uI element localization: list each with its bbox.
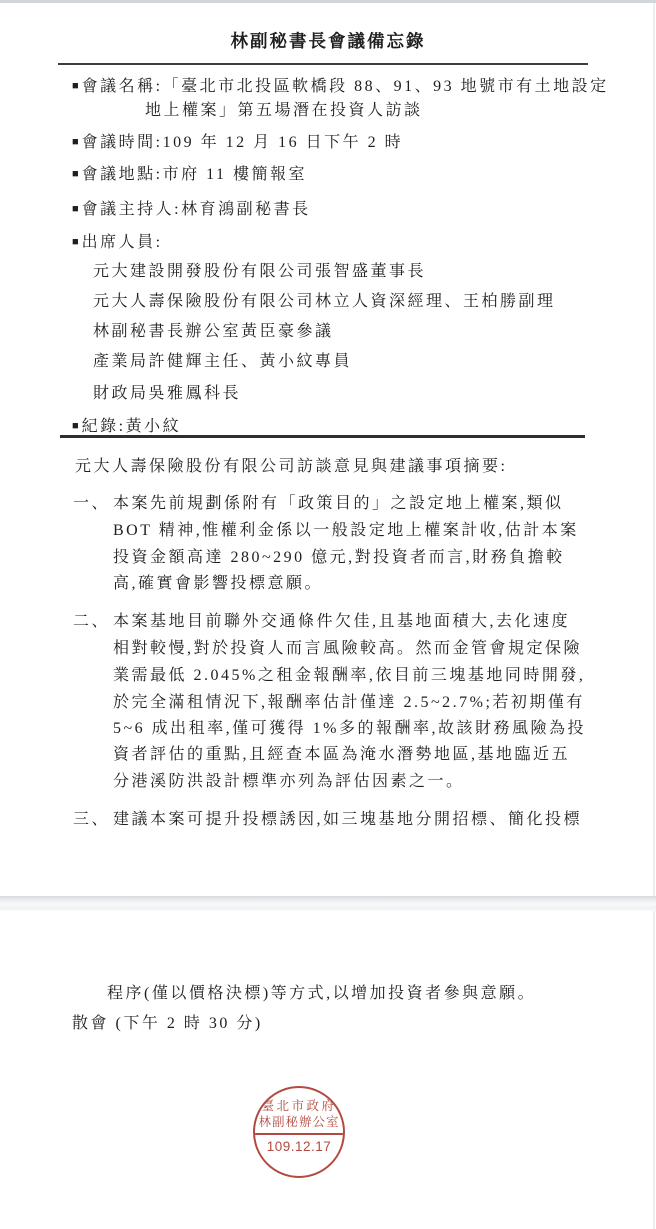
page-top-edge bbox=[0, 0, 656, 3]
meta-meeting-host: ■會議主持人:林育鴻副秘書長 bbox=[72, 199, 311, 220]
meta-meeting-place: ■會議地點:市府 11 樓簡報室 bbox=[72, 164, 307, 185]
item1-number: 一、 bbox=[73, 494, 110, 514]
square-bullet-icon: ■ bbox=[72, 203, 80, 215]
item2-line: 資者評估的重點,且經查本區為淹水潛勢地區,基地臨近五 bbox=[113, 745, 570, 765]
item3-number: 三、 bbox=[73, 810, 110, 830]
meta-attendees-label: ■出席人員: bbox=[72, 232, 163, 253]
meta-meeting-place-text: 會議地點:市府 11 樓簡報室 bbox=[82, 166, 307, 183]
scanned-document: 林副秘書長會議備忘錄 ■會議名稱:「臺北市北投區軟橋段 88、91、93 地號市… bbox=[0, 0, 656, 1229]
stamp-org-line2: 林副秘辦公室 bbox=[255, 1114, 343, 1130]
item1-line: BOT 精神,惟權利金係以一般設定地上權案計收,估計本案 bbox=[113, 521, 579, 541]
item3-continuation-line: 程序(僅以價格決標)等方式,以增加投資者參與意願。 bbox=[107, 984, 536, 1004]
attendee-line: 產業局許健輝主任、黃小紋專員 bbox=[93, 352, 352, 372]
stamp-divider bbox=[255, 1133, 343, 1135]
meta-meeting-name: ■會議名稱:「臺北市北投區軟橋段 88、91、93 地號市有土地設定 bbox=[72, 76, 609, 97]
item1-line: 本案先前規劃係附有「政策目的」之設定地上權案,類似 bbox=[113, 494, 564, 514]
item2-line: 5~6 成出租率,僅可獲得 1%多的報酬率,故該財務風險為投 bbox=[113, 719, 586, 739]
page-break-gap bbox=[0, 896, 656, 911]
stamp-org-line1: 臺北市政府 bbox=[255, 1099, 343, 1114]
meta-meeting-host-text: 會議主持人:林育鴻副秘書長 bbox=[82, 201, 311, 218]
item2-number: 二、 bbox=[73, 612, 110, 632]
meta-recorder: ■紀錄:黃小紋 bbox=[72, 416, 181, 437]
summary-heading: 元大人壽保險股份有限公司訪談意見與建議事項摘要: bbox=[75, 457, 507, 477]
meta-meeting-time-text: 會議時間:109 年 12 月 16 日下午 2 時 bbox=[82, 134, 403, 151]
item1-line: 投資金額高達 280~290 億元,對投資者而言,財務負擔較 bbox=[113, 548, 565, 568]
item1-line: 高,確實會影響投標意願。 bbox=[113, 574, 323, 594]
square-bullet-icon: ■ bbox=[72, 168, 80, 180]
closing-line: 散會 (下午 2 時 30 分) bbox=[72, 1014, 263, 1034]
page-right-edge bbox=[653, 3, 655, 1229]
document-title: 林副秘書長會議備忘錄 bbox=[0, 28, 656, 53]
item2-line: 本案基地目前聯外交通條件欠佳,且基地面積大,去化速度 bbox=[113, 612, 570, 632]
item2-line: 分港溪防洪設計標準亦列為評估因素之一。 bbox=[113, 772, 465, 792]
square-bullet-icon: ■ bbox=[72, 80, 80, 92]
item2-line: 於完全滿租情況下,報酬率估計僅達 2.5~2.7%;若初期僅有 bbox=[113, 693, 585, 713]
attendee-line: 林副秘書長辦公室黃臣豪參議 bbox=[93, 322, 334, 342]
attendee-line: 財政局吳雅鳳科長 bbox=[93, 384, 241, 404]
attendee-line: 元大人壽保險股份有限公司林立人資深經理、王柏勝副理 bbox=[93, 292, 556, 312]
section-divider bbox=[60, 435, 585, 438]
square-bullet-icon: ■ bbox=[72, 420, 80, 432]
meta-meeting-time: ■會議時間:109 年 12 月 16 日下午 2 時 bbox=[72, 132, 403, 153]
stamp-date: 109.12.17 bbox=[255, 1139, 343, 1154]
attendee-line: 元大建設開發股份有限公司張智盛董事長 bbox=[93, 262, 426, 282]
square-bullet-icon: ■ bbox=[72, 236, 80, 248]
meta-recorder-text: 紀錄:黃小紋 bbox=[82, 418, 181, 435]
meta-meeting-name-line1: 會議名稱:「臺北市北投區軟橋段 88、91、93 地號市有土地設定 bbox=[82, 78, 609, 95]
square-bullet-icon: ■ bbox=[72, 136, 80, 148]
item2-line: 業需最低 2.045%之租金報酬率,依目前三塊基地同時開發, bbox=[113, 666, 585, 686]
item3-line: 建議本案可提升投標誘因,如三塊基地分開招標、簡化投標 bbox=[113, 810, 582, 830]
meta-attendees-label-text: 出席人員: bbox=[82, 234, 163, 251]
title-divider bbox=[58, 63, 588, 65]
item2-line: 相對較慢,對於投資人而言風險較高。然而金管會規定保險 bbox=[113, 639, 582, 659]
meta-meeting-name-line2: 地上權案」第五場潛在投資人訪談 bbox=[145, 101, 423, 121]
official-stamp: 臺北市政府 林副秘辦公室 109.12.17 bbox=[253, 1086, 345, 1178]
